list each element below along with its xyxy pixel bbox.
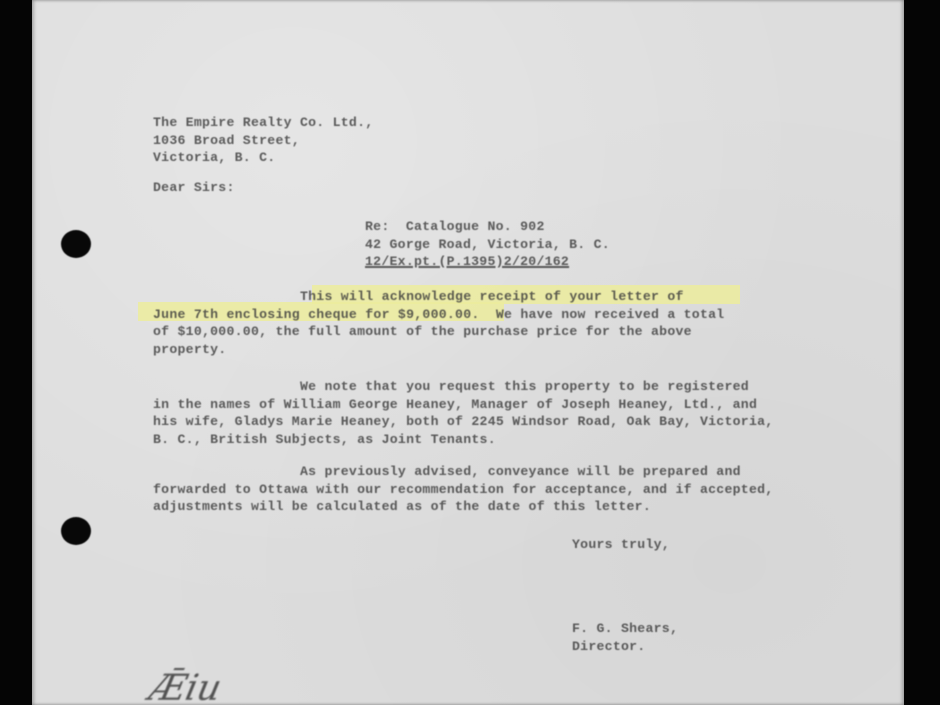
- handwritten-initials: Ǣiu: [146, 668, 225, 705]
- signatory-name: F. G. Shears,: [572, 620, 678, 638]
- addressee-line: The Empire Realty Co. Ltd.,: [153, 114, 373, 132]
- paragraph-line: property.: [153, 341, 724, 359]
- paragraph-line: adjustments will be calculated as of the…: [153, 498, 773, 516]
- paragraph-acknowledgement: This will acknowledge receipt of your le…: [153, 288, 724, 358]
- closing: Yours truly,: [572, 536, 670, 554]
- signature-block: F. G. Shears,Director.: [572, 620, 678, 655]
- paragraph-line: We note that you request this property t…: [153, 378, 773, 396]
- punch-hole: [61, 230, 91, 258]
- paragraph-registration: We note that you request this property t…: [153, 378, 773, 448]
- reference-block: Re: Catalogue No. 90242 Gorge Road, Vict…: [365, 218, 610, 271]
- signatory-title: Director.: [572, 638, 678, 656]
- paragraph-line: B. C., British Subjects, as Joint Tenant…: [153, 431, 773, 449]
- paragraph-line: his wife, Gladys Marie Heaney, both of 2…: [153, 413, 773, 431]
- paragraph-line: As previously advised, conveyance will b…: [153, 463, 773, 481]
- paragraph-conveyance: As previously advised, conveyance will b…: [153, 463, 773, 516]
- paragraph-line: June 7th enclosing cheque for $9,000.00.…: [153, 306, 724, 324]
- paragraph-line: forwarded to Ottawa with our recommendat…: [153, 481, 773, 499]
- paragraph-line: in the names of William George Heaney, M…: [153, 396, 773, 414]
- paragraph-line: of $10,000.00, the full amount of the pu…: [153, 323, 724, 341]
- salutation: Dear Sirs:: [153, 179, 235, 197]
- addressee-line: Victoria, B. C.: [153, 149, 373, 167]
- punch-hole: [61, 517, 91, 545]
- addressee-block: The Empire Realty Co. Ltd.,1036 Broad St…: [153, 114, 373, 167]
- reference-line: 42 Gorge Road, Victoria, B. C.: [365, 236, 610, 254]
- addressee-line: 1036 Broad Street,: [153, 132, 373, 150]
- reference-file-number: 12/Ex.pt.(P.1395)2/20/162: [365, 253, 610, 271]
- scanned-letter-page: The Empire Realty Co. Ltd.,1036 Broad St…: [32, 0, 904, 705]
- reference-line: Re: Catalogue No. 902: [365, 218, 610, 236]
- paragraph-line: This will acknowledge receipt of your le…: [153, 288, 724, 306]
